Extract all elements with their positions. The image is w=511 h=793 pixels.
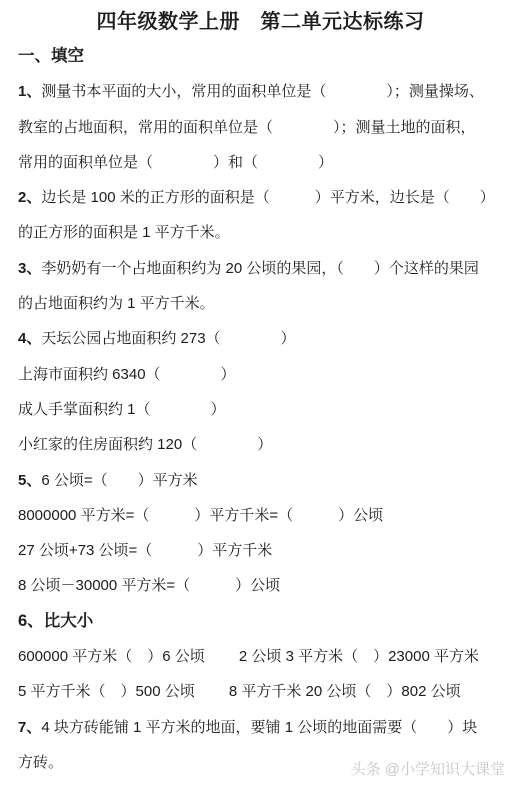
line-text: 天坛公园占地面积约 273（ ） — [41, 330, 295, 347]
worksheet-line: 7、4 块方砖能铺 1 平方米的地面，要铺 1 公顷的地面需要（ ）块 — [18, 710, 503, 745]
line-text: 27 公顷+73 公顷=（ ）平方千米 — [18, 542, 272, 559]
question-number: 1、 — [18, 83, 41, 100]
line-text: 上海市面积约 6340（ ） — [18, 366, 236, 383]
worksheet-line: 5、6 公顷=（ ）平方米 — [18, 463, 503, 498]
question-number: 6、 — [18, 612, 44, 630]
watermark: 头条 @小学知识大课堂 — [351, 758, 505, 779]
line-text: 常用的面积单位是（ ）和（ ） — [18, 154, 333, 171]
line-text: 5 平方千米（ ）500 公顷 8 平方千米 20 公顷（ ）802 公顷 — [18, 683, 461, 700]
line-text: 教室的占地面积，常用的面积单位是（ ）；测量土地的面积， — [18, 119, 476, 136]
worksheet-line: 8000000 平方米=（ ）平方千米=（ ）公顷 — [18, 498, 503, 533]
worksheet-line: 8 公顷－30000 平方米=（ ）公顷 — [18, 568, 503, 603]
line-text: 测量书本平面的大小，常用的面积单位是（ ）；测量操场、 — [41, 83, 484, 100]
worksheet-line: 的占地面积约为 1 平方千米。 — [18, 286, 503, 321]
line-text: 边长是 100 米的正方形的面积是（ ）平方米，边长是（ ） — [41, 189, 494, 206]
worksheet-line: 6、比大小 — [18, 604, 503, 639]
question-number: 5、 — [18, 472, 41, 489]
question-number: 4、 — [18, 330, 41, 347]
worksheet-line: 教室的占地面积，常用的面积单位是（ ）；测量土地的面积， — [18, 110, 503, 145]
line-text: 8000000 平方米=（ ）平方千米=（ ）公顷 — [18, 507, 383, 524]
worksheet-line: 的正方形的面积是 1 平方千米。 — [18, 215, 503, 250]
worksheet-line: 1、测量书本平面的大小，常用的面积单位是（ ）；测量操场、 — [18, 74, 503, 109]
worksheet-line: 3、李奶奶有一个占地面积约为 20 公顷的果园，（ ）个这样的果园 — [18, 251, 503, 286]
line-text: 小红家的住房面积约 120（ ） — [18, 436, 272, 453]
line-text: 的占地面积约为 1 平方千米。 — [18, 295, 215, 312]
line-text: 填空 — [51, 47, 84, 65]
worksheet-line: 上海市面积约 6340（ ） — [18, 357, 503, 392]
worksheet-lines: 一、填空1、测量书本平面的大小，常用的面积单位是（ ）；测量操场、教室的占地面积… — [18, 39, 503, 780]
worksheet-line: 成人手掌面积约 1（ ） — [18, 392, 503, 427]
question-number: 3、 — [18, 260, 41, 277]
worksheet-line: 5 平方千米（ ）500 公顷 8 平方千米 20 公顷（ ）802 公顷 — [18, 674, 503, 709]
worksheet-line: 常用的面积单位是（ ）和（ ） — [18, 145, 503, 180]
line-text: 8 公顷－30000 平方米=（ ）公顷 — [18, 577, 280, 594]
line-text: 600000 平方米（ ）6 公顷 2 公顷 3 平方米（ ）23000 平方米 — [18, 648, 479, 665]
worksheet-line: 一、填空 — [18, 39, 503, 74]
line-text: 6 公顷=（ ）平方米 — [41, 472, 197, 489]
worksheet-page: 四年级数学上册 第二单元达标练习 一、填空1、测量书本平面的大小，常用的面积单位… — [0, 0, 511, 793]
line-text: 方砖。 — [18, 754, 63, 771]
worksheet-line: 600000 平方米（ ）6 公顷 2 公顷 3 平方米（ ）23000 平方米 — [18, 639, 503, 674]
worksheet-line: 小红家的住房面积约 120（ ） — [18, 427, 503, 462]
line-text: 成人手掌面积约 1（ ） — [18, 401, 226, 418]
line-text: 比大小 — [44, 612, 94, 630]
question-number: 7、 — [18, 719, 41, 736]
question-number: 2、 — [18, 189, 41, 206]
question-number: 一、 — [18, 47, 51, 65]
line-text: 的正方形的面积是 1 平方千米。 — [18, 224, 230, 241]
line-text: 李奶奶有一个占地面积约为 20 公顷的果园，（ ）个这样的果园 — [41, 260, 479, 277]
worksheet-line: 4、天坛公园占地面积约 273（ ） — [18, 321, 503, 356]
worksheet-line: 2、边长是 100 米的正方形的面积是（ ）平方米，边长是（ ） — [18, 180, 503, 215]
line-text: 4 块方砖能铺 1 平方米的地面，要铺 1 公顷的地面需要（ ）块 — [41, 719, 477, 736]
page-title: 四年级数学上册 第二单元达标练习 — [18, 6, 503, 39]
worksheet-line: 27 公顷+73 公顷=（ ）平方千米 — [18, 533, 503, 568]
